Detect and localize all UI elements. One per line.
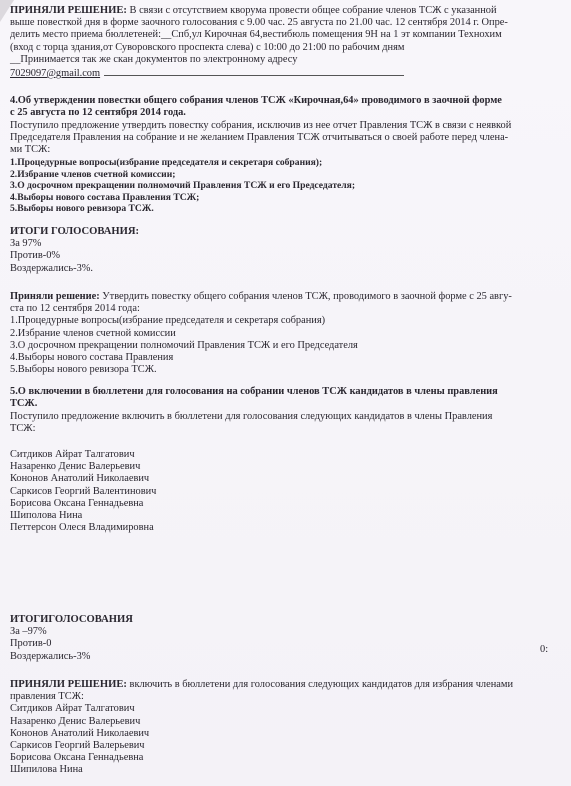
agenda-item: 4.Выборы нового состава Правления ТСЖ;: [10, 192, 558, 204]
section4-proposal: Поступило предложение утвердить повестку…: [10, 120, 558, 157]
decision-label: Приняли решение:: [10, 291, 100, 302]
section4-decision: Приняли решение: Утвердить повестку обще…: [10, 291, 558, 376]
section5-results: ИТОГИГОЛОСОВАНИЯ За –97% Против-0 Воздер…: [10, 614, 558, 663]
text-line: В связи с отсутствием кворума провести о…: [127, 5, 497, 16]
text-line: ми ТСЖ:: [10, 144, 558, 156]
agenda-item: 5.Выборы нового ревизора ТСЖ.: [10, 364, 558, 376]
section5-proposal: Поступило предложение включить в бюллете…: [10, 411, 558, 435]
elected-item: Ситдиков Айрат Талгатович: [10, 703, 558, 715]
agenda-item: 5.Выборы нового ревизора ТСЖ.: [10, 203, 558, 215]
result-against: Против-0%: [10, 250, 558, 262]
text-line: (вход с торца здания,от Суворовского про…: [10, 42, 558, 54]
candidate-list: Ситдиков Айрат Талгатович Назаренко Дени…: [10, 449, 558, 534]
section5-decision: ПРИНЯЛИ РЕШЕНИЕ: включить в бюллетени дл…: [10, 679, 558, 777]
section4-title: 4.Об утверждении повестки общего собрани…: [10, 95, 558, 119]
section-title-line: с 25 августа по 12 сентября 2014 года.: [10, 107, 558, 119]
text-line: ТСЖ:: [10, 423, 558, 435]
text-line: включить в бюллетени для голосования сле…: [127, 679, 513, 690]
agenda-item: 3.О досрочном прекращении полномочий Пра…: [10, 340, 558, 352]
section-title-line: 4.Об утверждении повестки общего собрани…: [10, 95, 558, 107]
result-for: За –97%: [10, 626, 558, 638]
agenda-item: 1.Процедурные вопросы(избрание председат…: [10, 157, 558, 169]
text-line: делить место приема бюллетеней:__Спб,ул …: [10, 29, 558, 41]
elected-item: Кононов Анатолий Николаевич: [10, 728, 558, 740]
text-line: Поступило предложение утвердить повестку…: [10, 120, 558, 132]
elected-item: Борисова Оксана Геннадьевна: [10, 752, 558, 764]
text-line: __Принимается так же скан документов по …: [10, 54, 558, 66]
elected-item: Шипилова Нина: [10, 764, 558, 776]
agenda-item: 2.Избрание членов счетной комиссии;: [10, 169, 558, 181]
candidate-item: Ситдиков Айрат Талгатович: [10, 449, 558, 461]
email-address: 7029097@gmail.com: [10, 68, 100, 79]
section4-agenda-bold: 1.Процедурные вопросы(избрание председат…: [10, 157, 558, 215]
text-line: Поступило предложение включить в бюллете…: [10, 411, 558, 423]
section4-results: ИТОГИ ГОЛОСОВАНИЯ: За 97% Против-0% Возд…: [10, 226, 558, 275]
decision-label: ПРИНЯЛИ РЕШЕНИЕ:: [10, 5, 127, 16]
section-title-line: ТСЖ.: [10, 398, 558, 410]
candidate-item: Шиполова Нина: [10, 510, 558, 522]
agenda-item: 4.Выборы нового состава Правления: [10, 352, 558, 364]
text-line: правления ТСЖ:: [10, 691, 558, 703]
agenda-item: 2.Избрание членов счетной комиссии: [10, 328, 558, 340]
section5-title: 5.О включении в бюллетени для голосовани…: [10, 386, 558, 410]
section3-decision: ПРИНЯЛИ РЕШЕНИЕ: В связи с отсутствием к…: [10, 5, 558, 80]
elected-item: Назаренко Денис Валерьевич: [10, 716, 558, 728]
result-against: Против-0: [10, 638, 558, 650]
results-title: ИТОГИГОЛОСОВАНИЯ: [10, 614, 558, 626]
result-for: За 97%: [10, 238, 558, 250]
decision-label: ПРИНЯЛИ РЕШЕНИЕ:: [10, 679, 127, 690]
agenda-item: 1.Процедурные вопросы(избрание председат…: [10, 315, 558, 327]
section-title-line: 5.О включении в бюллетени для голосовани…: [10, 386, 558, 398]
document-page: ПРИНЯЛИ РЕШЕНИЕ: В связи с отсутствием к…: [0, 0, 571, 786]
candidate-item: Назаренко Денис Валерьевич: [10, 461, 558, 473]
agenda-item: 3.О досрочном прекращении полномочий Пра…: [10, 180, 558, 192]
candidate-item: Борисова Оксана Геннадьевна: [10, 498, 558, 510]
candidate-item: Петтерсон Олеся Владимировна: [10, 522, 558, 534]
candidate-item: Кононов Анатолий Николаевич: [10, 473, 558, 485]
text-line: Председателя Правления на собрание и не …: [10, 132, 558, 144]
elected-item: Саркисов Георгий Валерьевич: [10, 740, 558, 752]
result-abstain: Воздержались-3%.: [10, 263, 558, 275]
result-abstain: Воздержались-3%: [10, 651, 558, 663]
side-mark: 0:: [540, 644, 548, 655]
text-line: Утвердить повестку общего собрания члено…: [100, 291, 512, 302]
text-line: выше повесткой дня в форме заочного голо…: [10, 17, 558, 29]
underline-blank: [104, 66, 404, 76]
candidate-item: Саркисов Георгий Валентинович: [10, 486, 558, 498]
text-line: ста по 12 сентября 2014 года:: [10, 303, 558, 315]
results-title: ИТОГИ ГОЛОСОВАНИЯ:: [10, 226, 558, 238]
